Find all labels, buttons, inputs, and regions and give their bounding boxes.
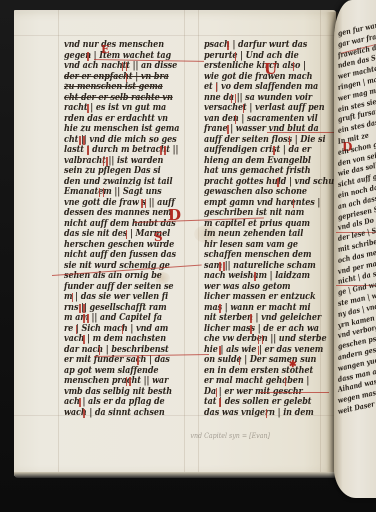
marginal-note: vnd Capitel syn = [Evan] [190,432,270,440]
manuscript-line: das was vnigern | in dem [204,408,314,418]
manuscript-line: im neun zehenden tail [204,229,303,239]
manuscript-line: erstenliche kirch also | [204,61,306,71]
manuscript-line: van den | sacramenten vil [204,114,318,124]
manuscript-line: vnd ach nachtt || an disse [64,61,177,71]
manuscript-line: on sulde | Der samen sun [204,355,316,365]
manuscript-line: den und zwainzig ist tail [64,177,172,187]
manuscript-line: menschen pracht || war [64,376,168,386]
manuscript-line: valbracht || ist warden [64,156,163,166]
manuscript-line: cht der er selb rachte vn [64,93,173,103]
manuscript-line: zu menschen ist gema [64,82,163,92]
manuscript-line: psach | darfur wurt das [204,40,307,50]
manuscript-line: vmb das selbig nit besth [64,387,172,397]
manuscript-line: m | das sie wer vellen fi [64,292,168,302]
rubric-stroke [164,146,166,155]
rubric-stroke [83,409,85,418]
left-text-column: vnd nur des menschengegen | Item wachet … [64,40,189,420]
manuscript-line: wer was also getom [204,282,291,292]
manuscript-line: nit sterben | vnd geleicher [204,313,321,323]
manuscript-line: hieng an dem Evangelbl [204,156,311,166]
red-initial-e: E [101,42,109,57]
ruling-line [58,10,59,476]
manuscript-line: versachet | verlast auff pen [204,103,324,113]
manuscript-line: re | Sich mach | vnd am [64,324,168,334]
right-text-column: psach | darfur wurt dasperurte | Und ach… [204,40,329,420]
page-edge [14,472,336,478]
manuscript-line: gewaschen also schone [204,187,307,197]
manuscript-line: auff der seiten floss | Die si [204,135,325,145]
manuscript-line: hie zu menschen ist gema [64,124,179,134]
manuscript-line: hat uns gemachet fristh [204,166,311,176]
manuscript-line: der er enpfacht | vn bra [64,72,169,82]
manuscript-line: nne da || sa wunden voir [204,93,312,103]
manuscript-line: ap got wem slaffende [64,366,158,376]
manuscript-line: empt gamn vnd harentes | [204,198,320,208]
manuscript-page: vnd nur des menschengegen | Item wachet … [14,10,336,476]
manuscript-line: hie | als wie | er das venem [204,345,323,355]
rubric-underline [259,392,329,393]
manuscript-line: pracht gottes huld | vnd schul [204,177,337,187]
manuscript-line: sein zu pflegen Das si [64,166,161,176]
manuscript-line: vne gott die fraw s || auff [64,198,175,208]
manuscript-line: Emanatem || Sagt uns [64,187,162,197]
manuscript-line: licher massen er entzuck [204,292,315,302]
manuscript-line: funder auff der seiten se [64,282,173,292]
manuscript-line: licher mass | de er ach wa [204,324,319,334]
facing-page-edge: D gen fur war esgar war fragenfrawelich … [334,0,376,498]
manuscript-line: vach | m dem nachsten [64,334,166,344]
manuscript-line: nicht auff den fussen das [64,250,176,260]
red-initial-s: S [154,230,163,245]
manuscript-line: er mal macht gehaben | [204,376,309,386]
ruling-line [14,35,336,36]
rubric-stroke [266,409,268,418]
manuscript-line: m am || and Capitel fa [64,313,162,323]
manuscript-line: wach | da sinnt achsen [64,408,165,418]
red-ornament: ✱ [289,358,297,373]
red-initial-u: U [264,62,277,77]
ruling-line [198,10,199,476]
manuscript-line: et | vo dem slaffenden ma [204,82,318,92]
manuscript-line: sie nit wurd schemig ge [64,261,170,271]
manuscript-line: auffendigen crist | da er [204,145,311,155]
manuscript-line: perurte | Und ach die [204,51,299,61]
manuscript-line: schaffen menschen dem [204,250,311,260]
manuscript-line: vnd nur des menschen [64,40,164,50]
manuscript-line: rden das er erdachtt vn [64,114,168,124]
manuscript-line: nach weisham | laidzam [204,271,310,281]
manuscript-line: che vw derben || und sterbe [204,334,327,344]
manuscript-line: hir lesen sam vam ge [204,240,298,250]
manuscript-line: nicht auff dem haubt das [64,219,176,229]
manuscript-line: wie got die frawen mach [204,72,312,82]
manuscript-line: dar nach | beschribenst [64,345,169,355]
manuscript-line: dessen des mannes nem [64,208,171,218]
manuscript-line: geschriben ist nit nam [204,208,304,218]
manuscript-line: racht | es ist vn gut ma [64,103,166,113]
